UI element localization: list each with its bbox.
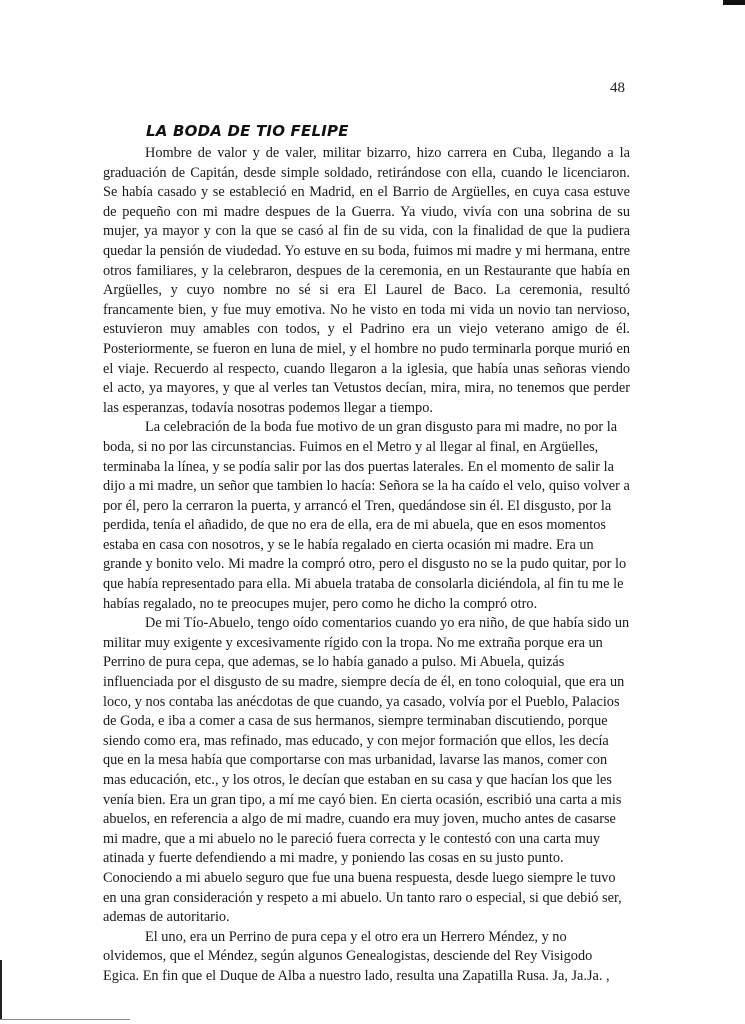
page-number: 48 (610, 80, 625, 97)
scan-left-edge (0, 960, 2, 1020)
body-text: Hombre de valor y de valer, militar biza… (103, 144, 630, 987)
scan-corner-mark (723, 0, 745, 5)
paragraph-4: El uno, era un Perrino de pura cepa y el… (103, 928, 630, 987)
paragraph-2: La celebración de la boda fue motivo de … (103, 418, 630, 614)
paragraph-3: De mi Tío-Abuelo, tengo oído comentarios… (103, 614, 630, 928)
chapter-title: LA BODA DE TIO FELIPE (146, 122, 349, 140)
paragraph-1: Hombre de valor y de valer, militar biza… (103, 144, 630, 418)
scan-bottom-edge (0, 1019, 130, 1020)
